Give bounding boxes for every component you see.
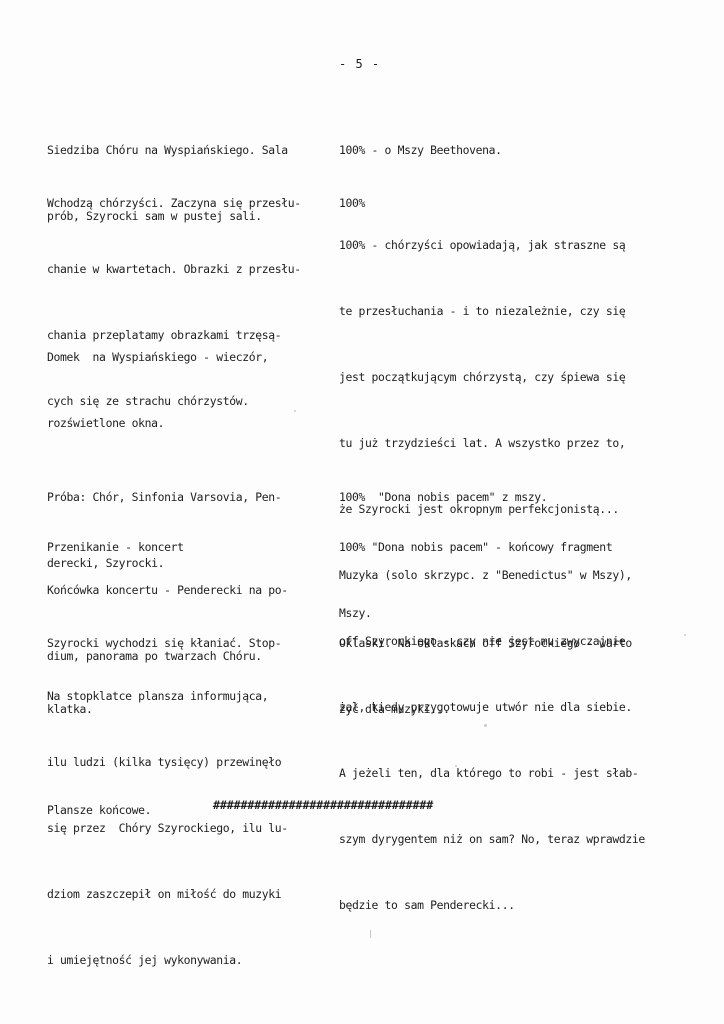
text-line: i umiejętność jej wykonywania. [47, 949, 288, 971]
text-line: dziom zaszczepił on miłość do muzyki [47, 883, 288, 905]
scan-speck [455, 765, 457, 767]
text-line: Plansze końcowe. [47, 799, 151, 821]
text-line: Na stopklatce plansza informująca, [47, 685, 288, 707]
text-line: 100% "Dona nobis pacem" - końcowy fragme… [339, 536, 612, 558]
scan-speck [484, 724, 487, 727]
text-line: będzie to sam Penderecki... [339, 894, 645, 916]
text-line: Domek na Wyspiańskiego - wieczór, [47, 346, 268, 368]
audio-description-6: Oklaski. Na oklaskach off Szyrockiego - … [339, 588, 632, 764]
text-line: jest początkującym chórzystą, czy śpiewa… [339, 366, 645, 388]
text-line: Wchodzą chórzyści. Zaczyna się przesłu- [47, 192, 301, 214]
text-line: rozświetlone okna. [47, 412, 268, 434]
text-line: Oklaski. Na oklaskach off Szyrockiego - … [339, 632, 632, 654]
scene-description-9: Plansze końcowe. [47, 755, 151, 865]
text-line: 100% - chórzyści opowiadają, jak straszn… [339, 234, 645, 256]
document-page: - 5 - Siedziba Chóru na Wyspiańskiego. S… [0, 0, 724, 1024]
scan-speck [294, 410, 296, 412]
scan-speck [370, 930, 371, 938]
scan-speck [684, 634, 686, 636]
text-line: żyć dla muzyki... [339, 698, 632, 720]
text-line: A jeżeli ten, dla którego to robi - jest… [339, 762, 645, 784]
end-marker: ################################ [213, 798, 433, 812]
page-number: - 5 - [339, 57, 380, 71]
text-line: te przesłuchania - i to niezależnie, czy… [339, 300, 645, 322]
text-line: szym dyrygentem niż on sam? No, teraz wp… [339, 828, 645, 850]
text-line: chanie w kwartetach. Obrazki z przesłu- [47, 258, 301, 280]
